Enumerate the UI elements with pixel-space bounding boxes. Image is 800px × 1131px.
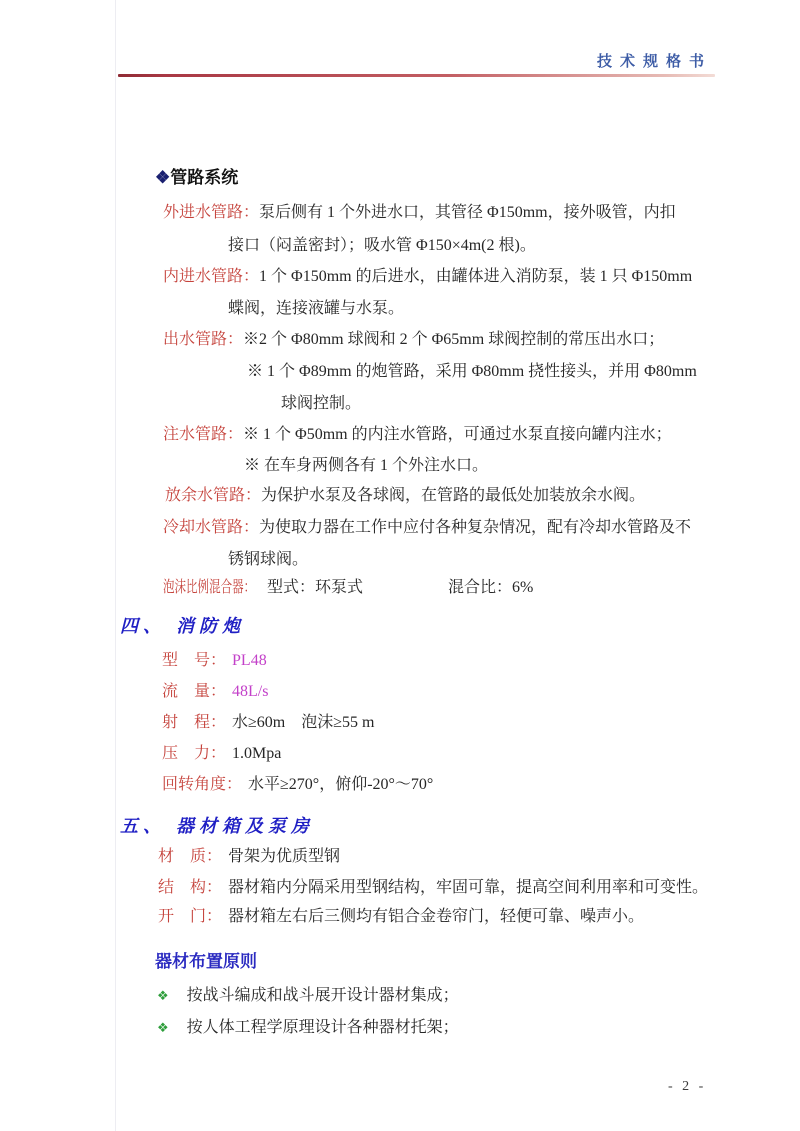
heading-text: 四、	[120, 614, 166, 638]
body-text: 水平≥270°，俯仰-20°～70°	[248, 774, 433, 796]
body-text: ※ 在车身两侧各有 1 个外注水口。	[244, 455, 488, 477]
body-text: 1 个 Φ150mm 的后进水，由罐体进入消防泵，装 1 只 Φ150mm	[259, 266, 692, 288]
heading-text: 消防炮	[176, 614, 245, 638]
body-text: 器材箱内分隔采用型钢结构，牢固可靠，提高空间利用率和可变性。	[228, 877, 708, 899]
body-text: 为使取力器在工作中应付各种复杂情况，配有冷却水管路及不	[259, 517, 691, 539]
text-line: 压 力：1.0Mpa	[162, 743, 281, 765]
field-label: 放余水管路：	[165, 485, 261, 507]
body-text: 1.0Mpa	[232, 743, 281, 765]
text-line: 结 构：器材箱内分隔采用型钢结构，牢固可靠，提高空间利用率和可变性。	[158, 877, 708, 899]
text-line: 外进水管路：泵后侧有 1 个外进水口，其管径 Φ150mm，接外吸管，内扣	[163, 202, 676, 224]
field-label: 出水管路：	[163, 329, 243, 351]
body-text: ※ 1 个 Φ89mm 的炮管路，采用 Φ80mm 挠性接头，并用 Φ80mm	[247, 361, 697, 383]
field-value: 48L/s	[232, 681, 268, 703]
text-line: 注水管路：※ 1 个 Φ50mm 的内注水管路，可通过水泵直接向罐内注水；	[163, 424, 672, 446]
field-label: 注水管路：	[163, 424, 243, 446]
header-divider-rule	[118, 74, 715, 77]
heading-text: 管路系统	[170, 166, 238, 189]
text-line: 材 质：骨架为优质型钢	[158, 846, 340, 868]
heading-text: 器材布置原则	[155, 950, 257, 973]
field-label: 射 程：	[162, 712, 226, 734]
document-page: 技术规格书 ❖ 管路系统外进水管路：泵后侧有 1 个外进水口，其管径 Φ150m…	[0, 0, 800, 1131]
body-text: 混合比：6%	[448, 577, 533, 599]
text-line: ❖按战斗编成和战斗展开设计器材集成；	[157, 985, 459, 1007]
text-line: 五、器材箱及泵房	[120, 814, 314, 838]
text-line: 球阀控制。	[281, 393, 361, 415]
body-text: ※2 个 Φ80mm 球阀和 2 个 Φ65mm 球阀控制的常压出水口；	[243, 329, 664, 351]
left-margin-rule	[115, 0, 116, 1131]
field-label: 流 量：	[162, 681, 226, 703]
field-label: 外进水管路：	[163, 202, 259, 224]
text-line: 器材布置原则	[155, 950, 257, 973]
page-header-title: 技术规格书	[597, 50, 712, 71]
text-line: 回转角度：水平≥270°，俯仰-20°～70°	[162, 774, 433, 796]
body-text: ※ 1 个 Φ50mm 的内注水管路，可通过水泵直接向罐内注水；	[243, 424, 672, 446]
body-text: 器材箱左右后三侧均有铝合金卷帘门，轻便可靠、噪声小。	[228, 906, 644, 928]
heading-text: 五、	[120, 814, 166, 838]
field-label: 回转角度：	[162, 774, 242, 796]
diamond-bullet-icon: ❖	[155, 166, 170, 189]
text-line: ※ 在车身两侧各有 1 个外注水口。	[244, 455, 488, 477]
field-label: 压 力：	[162, 743, 226, 765]
body-text: 按战斗编成和战斗展开设计器材集成；	[187, 985, 459, 1007]
body-text: 水≥60m 泡沫≥55 m	[232, 712, 374, 734]
text-line: ❖按人体工程学原理设计各种器材托架；	[157, 1017, 459, 1039]
page-number: - 2 -	[668, 1079, 706, 1095]
body-text: 球阀控制。	[281, 393, 361, 415]
text-line: 接口（闷盖密封）；吸水管 Φ150×4m(2 根)。	[228, 235, 536, 257]
body-text: 型式：环泵式	[267, 577, 363, 599]
diamond-bullet-icon: ❖	[157, 985, 169, 1007]
text-line: 放余水管路：为保护水泵及各球阀，在管路的最低处加装放余水阀。	[165, 485, 645, 507]
field-label: 内进水管路：	[163, 266, 259, 288]
field-label: 材 质：	[158, 846, 222, 868]
field-label: 泡沫比例混合器：	[163, 577, 255, 599]
text-line: 射 程：水≥60m 泡沫≥55 m	[162, 712, 374, 734]
body-text: 锈钢球阀。	[228, 549, 308, 571]
field-value: PL48	[232, 650, 267, 672]
body-text: 泵后侧有 1 个外进水口，其管径 Φ150mm，接外吸管，内扣	[259, 202, 676, 224]
body-text: 骨架为优质型钢	[228, 846, 340, 868]
text-line: 锈钢球阀。	[228, 549, 308, 571]
field-label: 型 号：	[162, 650, 226, 672]
text-line: 四、消防炮	[120, 614, 245, 638]
body-text: 蝶阀，连接液罐与水泵。	[228, 298, 404, 320]
text-line: 蝶阀，连接液罐与水泵。	[228, 298, 404, 320]
text-line: 内进水管路：1 个 Φ150mm 的后进水，由罐体进入消防泵，装 1 只 Φ15…	[163, 266, 692, 288]
text-line: 泡沫比例混合器：型式：环泵式混合比：6%	[163, 577, 533, 599]
field-label: 结 构：	[158, 877, 222, 899]
field-label: 开 门：	[158, 906, 222, 928]
text-line: 型 号：PL48	[162, 650, 267, 672]
heading-text: 器材箱及泵房	[176, 814, 314, 838]
text-line: 开 门：器材箱左右后三侧均有铝合金卷帘门，轻便可靠、噪声小。	[158, 906, 644, 928]
text-line: 冷却水管路：为使取力器在工作中应付各种复杂情况，配有冷却水管路及不	[163, 517, 691, 539]
field-label: 冷却水管路：	[163, 517, 259, 539]
body-text: 按人体工程学原理设计各种器材托架；	[187, 1017, 459, 1039]
text-line: 出水管路：※2 个 Φ80mm 球阀和 2 个 Φ65mm 球阀控制的常压出水口…	[163, 329, 664, 351]
text-line: ❖ 管路系统	[155, 166, 238, 189]
body-text: 为保护水泵及各球阀，在管路的最低处加装放余水阀。	[261, 485, 645, 507]
text-line: 流 量：48L/s	[162, 681, 268, 703]
text-line: ※ 1 个 Φ89mm 的炮管路，采用 Φ80mm 挠性接头，并用 Φ80mm	[247, 361, 697, 383]
body-text: 接口（闷盖密封）；吸水管 Φ150×4m(2 根)。	[228, 235, 536, 257]
diamond-bullet-icon: ❖	[157, 1017, 169, 1039]
